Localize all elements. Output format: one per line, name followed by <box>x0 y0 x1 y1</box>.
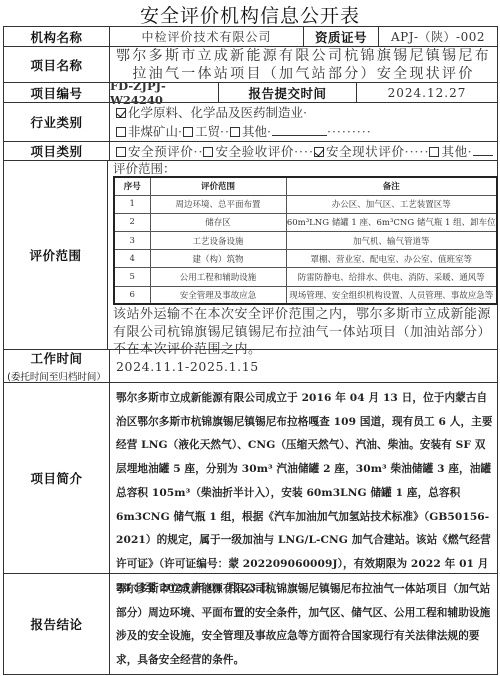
row-no: 6 <box>114 286 150 304</box>
industry-mining-checkbox[interactable] <box>116 127 126 137</box>
table-row: 1 周边环境、总平面布置 办公区、加气区、工艺装置区等 <box>114 195 497 213</box>
row-scope: 评价范围 评价范围： 序号 评价范围 备注 1 周边环境、总平面布置 办公区、加… <box>4 160 497 349</box>
type-pre-eval-checkbox[interactable] <box>116 147 126 157</box>
submit-time-value: 2024.12.27 <box>356 83 497 102</box>
row-scope: 储存区 <box>150 213 286 231</box>
table-row: 4 建（构）筑物 罩棚、营业室、配电室、办公室、值班室等 <box>114 250 497 268</box>
work-time-sublabel: (委托时间至归档时间） <box>7 369 106 383</box>
industry-trade-checkbox[interactable] <box>183 127 193 137</box>
row-no: 4 <box>114 250 150 268</box>
scope-heading: 评价范围： <box>113 162 497 175</box>
conclusion-label: 报告结论 <box>4 574 109 674</box>
project-no-label: 项目编号 <box>4 83 109 102</box>
type-pre-eval-label: 安全预评价 <box>128 144 194 159</box>
table-row: 6 安全管理及事故应急 现场管理、安全组织机构设置、人员管理、事故应急等 <box>114 286 497 304</box>
row-project-no: 项目编号 FD-ZJPJ-W24240 报告提交时间 2024.12.27 <box>4 82 497 102</box>
industry-other-blank[interactable] <box>272 126 327 136</box>
type-acceptance-checkbox[interactable] <box>203 147 213 157</box>
row-scope: 公用工程和辅助设施 <box>150 268 286 286</box>
type-status-checkbox[interactable] <box>314 147 324 157</box>
table-row: 2 储存区 60m³LNG 储罐 1 座、6m³CNG 储气瓶 1 组、卸车位 <box>114 213 497 231</box>
row-scope: 建（构）筑物 <box>150 250 286 268</box>
type-other-label: 其他 <box>441 144 467 159</box>
work-time-label: 工作时间 <box>30 349 82 367</box>
row-remark: 加气机、输气管道等 <box>286 232 497 250</box>
row-remark: 办公区、加气区、工艺装置区等 <box>286 195 497 213</box>
row-project-type: 项目类别 安全预评价··安全验收评价····安全现状评价·····其他· <box>4 141 497 160</box>
scope-table-header: 序号 评价范围 备注 <box>114 177 497 195</box>
industry-mining-label: 非煤矿山 <box>128 124 178 139</box>
work-time-value: 2024.11.1-2025.1.15 <box>109 350 497 382</box>
industry-chemical-label: 化学原料、化学品及医药制造业 <box>128 105 303 120</box>
industry-trade-label: 工贸 <box>195 124 220 139</box>
work-time-label-group: 工作时间 (委托时间至归档时间） <box>4 350 109 382</box>
col-header-no: 序号 <box>114 177 150 195</box>
row-project-name: 项目名称 鄂尔多斯市立成新能源有限公司杭锦旗锡尼镇锡尼布拉油气一体站项目（加气站… <box>4 46 497 82</box>
row-no: 2 <box>114 213 150 231</box>
info-table: 机构名称 中检评价技术有限公司 资质证号 APJ-（陕）-002 项目名称 鄂尔… <box>3 26 498 675</box>
type-other-blank[interactable] <box>473 146 493 156</box>
row-remark: 防雷防静电、给排水、供电、消防、采暖、通风等 <box>286 268 497 286</box>
scope-label: 评价范围 <box>4 161 107 349</box>
cert-value: APJ-（陕）-002 <box>378 27 497 46</box>
type-acceptance-label: 安全验收评价 <box>215 144 294 159</box>
org-label: 机构名称 <box>4 27 109 46</box>
project-no-value: FD-ZJPJ-W24240 <box>109 83 218 102</box>
page-title: 安全评价机构信息公开表 <box>0 1 500 28</box>
industry-other-label: 其他 <box>242 124 267 139</box>
row-industry: 行业类别 化学原料、化学品及医药制造业· 非煤矿山·工贸··其他········… <box>4 102 497 141</box>
submit-time-label: 报告提交时间 <box>218 83 356 102</box>
col-header-scope: 评价范围 <box>150 177 286 195</box>
row-remark: 60m³LNG 储罐 1 座、6m³CNG 储气瓶 1 组、卸车位 <box>286 213 497 231</box>
col-header-remark: 备注 <box>286 177 497 195</box>
type-other-checkbox[interactable] <box>429 147 439 157</box>
type-status-label: 安全现状评价 <box>326 144 405 159</box>
row-scope: 周边环境、总平面布置 <box>150 195 286 213</box>
row-intro: 项目简介 鄂尔多斯市立成新能源有限公司成立于 2016 年 04 月 13 日，… <box>4 382 497 573</box>
project-type-options: 安全预评价··安全验收评价····安全现状评价·····其他· <box>109 142 497 160</box>
scope-table: 序号 评价范围 备注 1 周边环境、总平面布置 办公区、加气区、工艺装置区等 2… <box>113 176 498 305</box>
row-no: 5 <box>114 268 150 286</box>
row-no: 3 <box>114 232 150 250</box>
project-name-value: 鄂尔多斯市立成新能源有限公司杭锦旗锡尼镇锡尼布拉油气一体站项目（加气站部分）安全… <box>109 47 497 82</box>
row-remark: 现场管理、安全组织机构设置、人员管理、事故应急等 <box>286 286 497 304</box>
scope-content: 评价范围： 序号 评价范围 备注 1 周边环境、总平面布置 办公区、加气区、工艺… <box>107 161 497 349</box>
cert-label: 资质证号 <box>303 27 378 46</box>
table-row: 5 公用工程和辅助设施 防雷防静电、给排水、供电、消防、采暖、通风等 <box>114 268 497 286</box>
project-name-label: 项目名称 <box>4 47 109 82</box>
row-work-time: 工作时间 (委托时间至归档时间） 2024.11.1-2025.1.15 <box>4 349 497 382</box>
industry-other-checkbox[interactable] <box>230 127 240 137</box>
table-row: 3 工艺设备设施 加气机、输气管道等 <box>114 232 497 250</box>
project-type-label: 项目类别 <box>4 142 109 160</box>
intro-text: 鄂尔多斯市立成新能源有限公司成立于 2016 年 04 月 13 日，位于内蒙古… <box>109 383 497 573</box>
row-scope: 工艺设备设施 <box>150 232 286 250</box>
row-remark: 罩棚、营业室、配电室、办公室、值班室等 <box>286 250 497 268</box>
industry-label: 行业类别 <box>4 103 109 141</box>
industry-options: 化学原料、化学品及医药制造业· 非煤矿山·工贸··其他·········· <box>109 103 497 141</box>
org-value: 中检评价技术有限公司 <box>109 27 303 46</box>
industry-chemical-checkbox[interactable] <box>116 108 126 118</box>
row-org: 机构名称 中检评价技术有限公司 资质证号 APJ-（陕）-002 <box>4 27 497 46</box>
row-scope: 安全管理及事故应急 <box>150 286 286 304</box>
conclusion-text: 鄂尔多斯市立成新能源有限公司杭锦旗锡尼镇锡尼布拉油气一体站项目（加气站部分）周边… <box>109 574 497 674</box>
row-conclusion: 报告结论 鄂尔多斯市立成新能源有限公司杭锦旗锡尼镇锡尼布拉油气一体站项目（加气站… <box>4 573 497 674</box>
row-no: 1 <box>114 195 150 213</box>
intro-label: 项目简介 <box>4 383 109 573</box>
